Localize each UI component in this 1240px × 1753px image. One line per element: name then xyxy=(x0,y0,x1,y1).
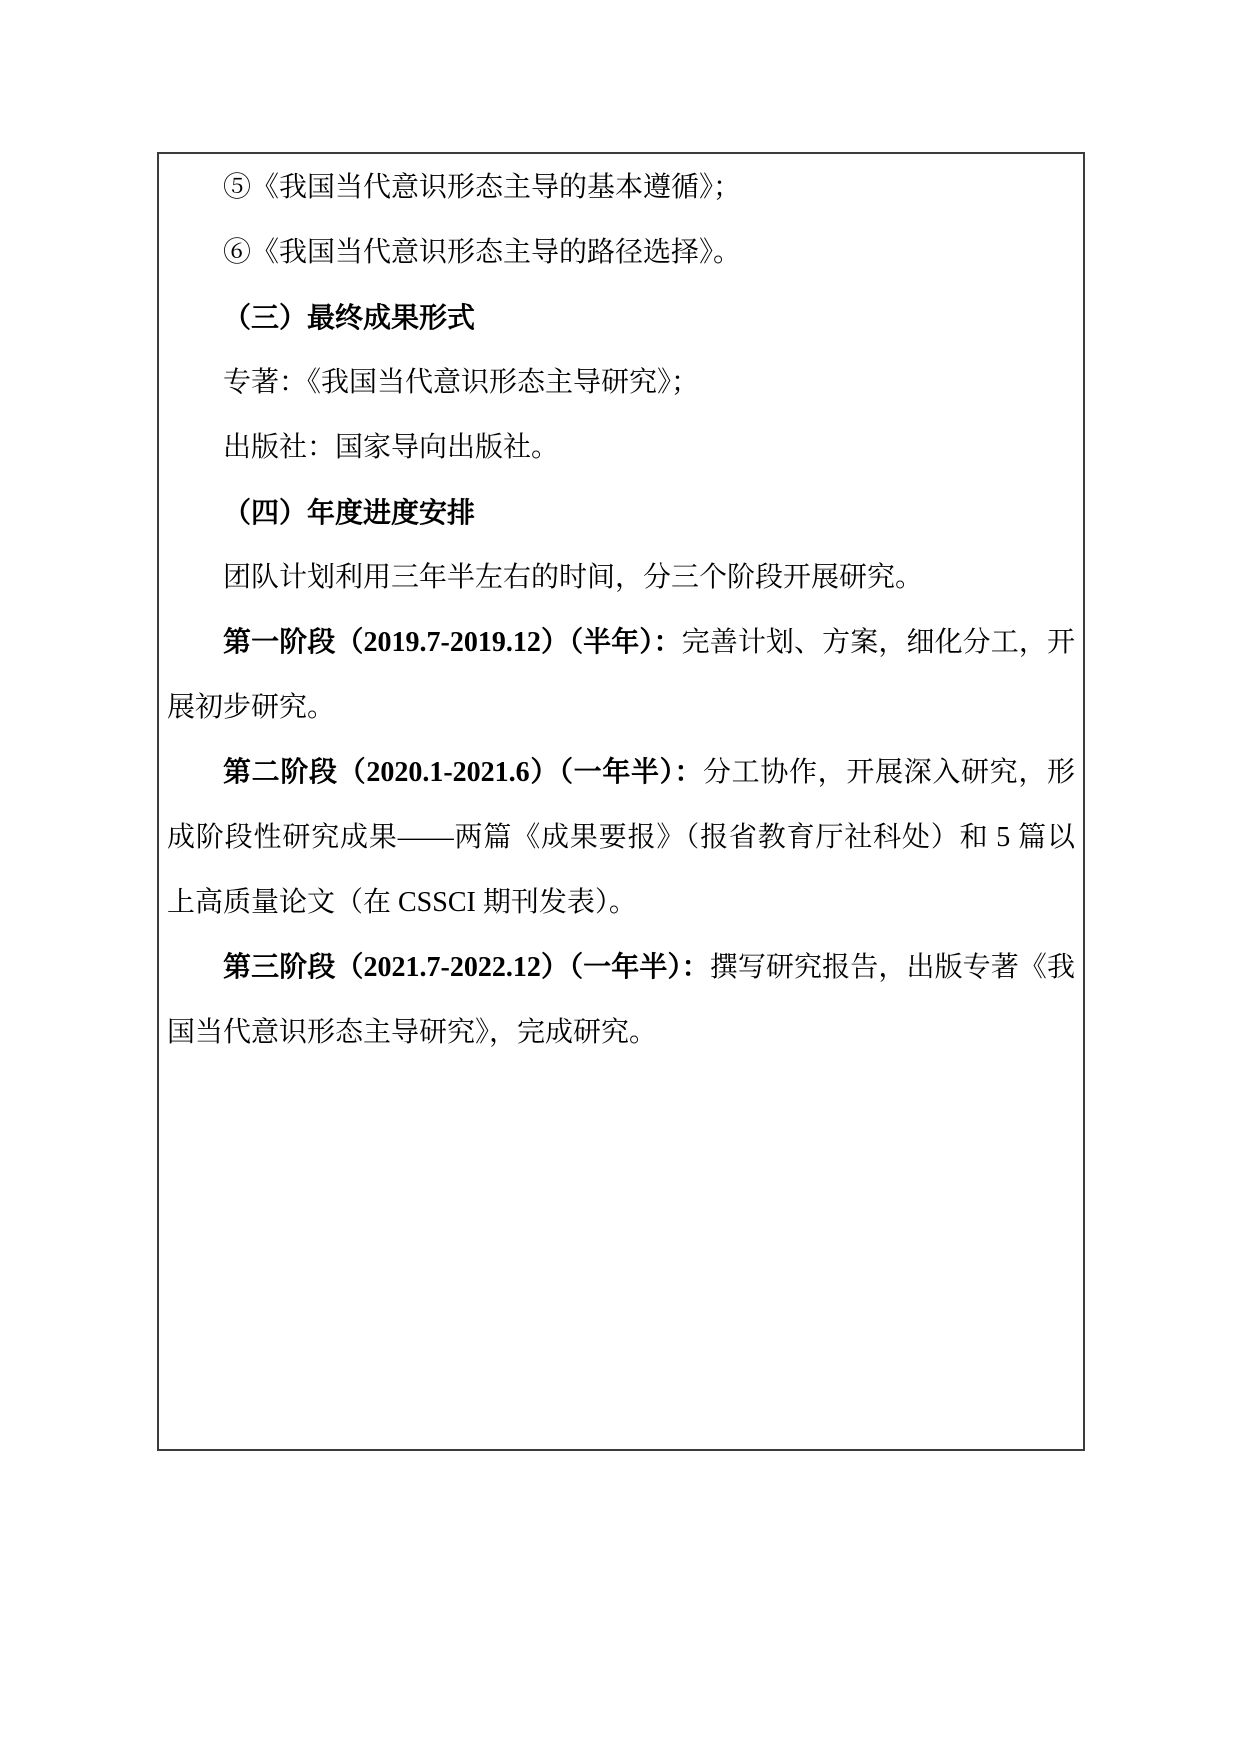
paragraph: 专著：《我国当代意识形态主导研究》； xyxy=(167,350,1075,415)
paragraph-text: （四）年度进度安排 xyxy=(223,497,475,528)
document-page: { "page": { "background_color": "#ffffff… xyxy=(0,0,1240,1753)
stage-lead-label: 第二阶段（2020.1-2021.6）（一年半）： xyxy=(223,757,703,788)
paragraph: ⑤《我国当代意识形态主导的基本遵循》； xyxy=(167,155,1075,220)
section-heading: （三）最终成果形式 xyxy=(167,285,1075,350)
paragraph: 第一阶段（2019.7-2019.12）（半年）：完善计划、方案，细化分工，开展… xyxy=(167,610,1075,740)
paragraph-text: ⑤《我国当代意识形态主导的基本遵循》； xyxy=(223,172,741,203)
paragraph-text: ⑥《我国当代意识形态主导的路径选择》。 xyxy=(223,237,741,268)
paragraph: 第三阶段（2021.7-2022.12）（一年半）：撰写研究报告，出版专著《我国… xyxy=(167,935,1075,1065)
page-background: ⑤《我国当代意识形态主导的基本遵循》； ⑥《我国当代意识形态主导的路径选择》。 … xyxy=(0,0,1240,1753)
paragraph-text: 团队计划利用三年半左右的时间，分三个阶段开展研究。 xyxy=(223,562,923,593)
stage-lead-label: 第三阶段（2021.7-2022.12）（一年半）： xyxy=(223,952,710,983)
table-cell-border: ⑤《我国当代意识形态主导的基本遵循》； ⑥《我国当代意识形态主导的路径选择》。 … xyxy=(157,152,1085,1451)
paragraph: ⑥《我国当代意识形态主导的路径选择》。 xyxy=(167,220,1075,285)
paragraph: 第二阶段（2020.1-2021.6）（一年半）：分工协作，开展深入研究，形成阶… xyxy=(167,740,1075,935)
paragraph-text: （三）最终成果形式 xyxy=(223,302,475,333)
paragraph-text: 出版社：国家导向出版社。 xyxy=(223,432,559,463)
paragraph: 团队计划利用三年半左右的时间，分三个阶段开展研究。 xyxy=(167,545,1075,610)
section-heading: （四）年度进度安排 xyxy=(167,480,1075,545)
stage-lead-label: 第一阶段（2019.7-2019.12）（半年）： xyxy=(223,627,682,658)
paragraph-text: 专著：《我国当代意识形态主导研究》； xyxy=(223,367,699,398)
paragraph: 出版社：国家导向出版社。 xyxy=(167,415,1075,480)
